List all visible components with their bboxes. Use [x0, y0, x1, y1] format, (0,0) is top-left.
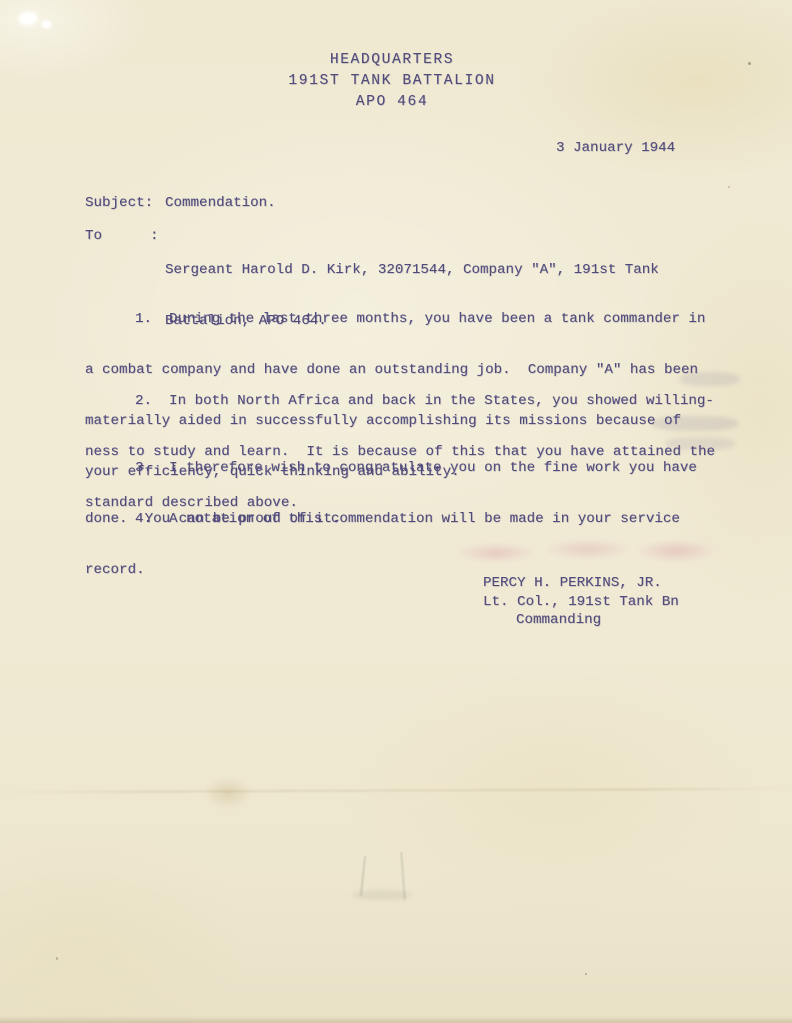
letterhead-unit: HEADQUARTERS [0, 50, 784, 71]
letterhead-battalion: 191ST TANK BATTALION [0, 71, 784, 92]
signature-title: Lt. Col., 191st Tank Bn [483, 593, 679, 612]
letterhead-apo: APO 464 [0, 92, 784, 113]
paragraph-2-line: 2. In both North Africa and back in the … [85, 393, 735, 410]
page-bottom-edge-shadow [0, 1016, 792, 1023]
paragraph-3-line: 3. I therefore wish to congratulate you … [85, 460, 735, 477]
glare-spot [42, 21, 51, 28]
signature-name: PERCY H. PERKINS, JR. [483, 574, 679, 593]
pencil-mark [360, 856, 366, 896]
scanned-letter-page: HEADQUARTERS 191ST TANK BATTALION APO 46… [0, 0, 792, 1023]
paper-speck [728, 186, 730, 188]
signature-role: Commanding [483, 611, 679, 630]
paragraph-1-line: 1. During the last three months, you hav… [85, 311, 735, 328]
letterhead: HEADQUARTERS 191ST TANK BATTALION APO 46… [0, 50, 784, 112]
pencil-mark [352, 890, 412, 900]
to-label: To [85, 228, 102, 245]
pencil-mark [400, 852, 405, 900]
subject-label: Subject: [85, 195, 153, 212]
glare-spot [20, 13, 36, 24]
paper-stain [205, 778, 251, 808]
paper-speck [56, 957, 58, 960]
date-line: 3 January 1944 [556, 140, 675, 157]
signature-block: PERCY H. PERKINS, JR. Lt. Col., 191st Ta… [483, 574, 679, 630]
to-colon: : [150, 228, 159, 245]
paper-speck [585, 973, 587, 975]
paragraph-4-line: 4. A notation of this commendation will … [85, 511, 735, 528]
fold-crease [0, 787, 792, 793]
subject-value: Commendation. [165, 195, 276, 212]
